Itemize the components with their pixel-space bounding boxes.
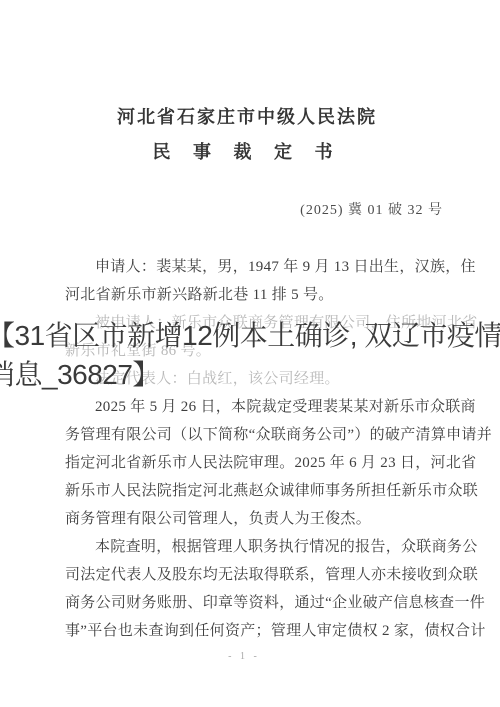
overlay-text-line-1: 【31省区市新增12例本土确诊, 双辽市疫情最新	[0, 316, 500, 355]
doc-line: 事”平台也未查询到任何资产；管理人审定债权 2 家，债权合计	[65, 617, 450, 645]
doc-line: 商务管理有限公司管理人，负责人为王俊杰。	[65, 505, 450, 533]
document-page: 河北省石家庄市中级人民法院 民 事 裁 定 书 (2025) 冀 01 破 32…	[0, 0, 500, 707]
doc-line: 指定河北省新乐市人民法院审理。2025 年 6 月 23 日，河北省	[65, 449, 450, 477]
doc-line: 商务公司财务账册、印章等资料，通过“企业破产信息核查一件	[65, 589, 450, 617]
doc-line: 2025 年 5 月 26 日，本院裁定受理裴某某对新乐市众联商	[65, 393, 450, 421]
document-body: 申请人：裴某某，男，1947 年 9 月 13 日出生，汉族，住 河北省新乐市新…	[65, 253, 450, 645]
doc-line: 务管理有限公司（以下简称“众联商务公司”）的破产清算申请并	[65, 421, 450, 449]
doc-line: 申请人：裴某某，男，1947 年 9 月 13 日出生，汉族，住	[65, 253, 450, 281]
document-type-title: 民 事 裁 定 书	[0, 138, 494, 164]
page-number: - 1 -	[0, 651, 488, 662]
doc-line: 本院查明，根据管理人职务执行情况的报告，众联商务公	[65, 533, 450, 561]
court-name: 河北省石家庄市中级人民法院	[0, 103, 494, 129]
doc-line: 司法定代表人及股东均无法取得联系，管理人亦未接收到众联	[65, 561, 450, 589]
doc-line: 新乐市人民法院指定河北燕赵众诚律师事务所担任新乐市众联	[65, 477, 450, 505]
seo-overlay-banner: 【31省区市新增12例本土确诊, 双辽市疫情最新 消息_36827】	[0, 316, 500, 394]
doc-line: 河北省新乐市新兴路新北巷 11 排 5 号。	[65, 281, 450, 309]
overlay-text-line-2: 消息_36827】	[0, 355, 500, 394]
case-number: (2025) 冀 01 破 32 号	[300, 199, 443, 219]
